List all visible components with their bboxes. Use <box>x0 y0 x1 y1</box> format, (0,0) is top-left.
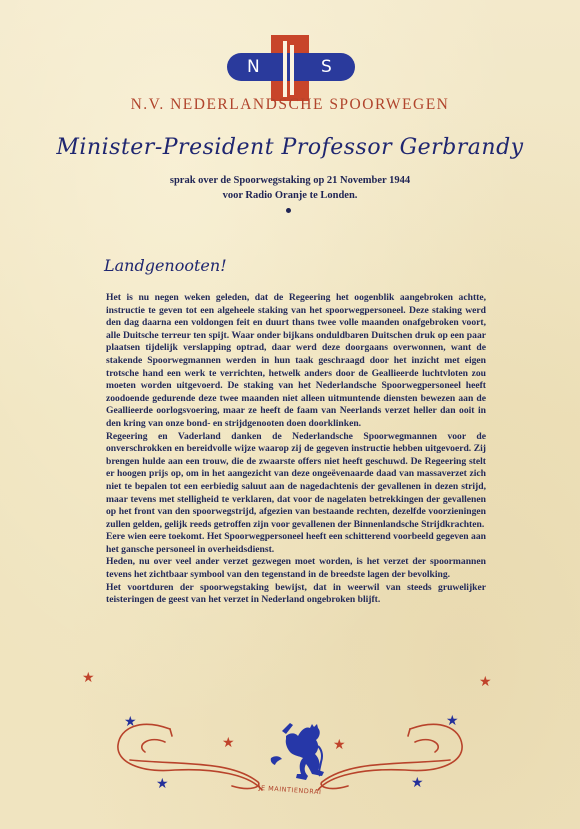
paragraph: Het is nu negen weken geleden, dat de Re… <box>106 292 486 431</box>
bullet-dot <box>286 208 291 213</box>
ns-logo: N S <box>227 35 355 101</box>
speech-body: Het is nu negen weken geleden, dat de Re… <box>106 292 486 607</box>
paragraph: Eere wien eere toekomt. Het Spoorwegpers… <box>106 531 486 556</box>
flourish-ornament <box>0 700 580 829</box>
logo-letter-n: N <box>247 53 260 81</box>
company-name: N.V. NEDERLANDSCHE SPOORWEGEN <box>0 96 580 114</box>
logo-white-bar <box>290 45 294 95</box>
logo-white-bar <box>283 41 287 97</box>
salutation: Landgenooten! <box>104 256 227 275</box>
subtitle-line-2: voor Radio Oranje te Londen. <box>0 190 580 201</box>
star-icon: ★ <box>82 672 95 686</box>
paragraph: Het voortduren der spoorwegstaking bewij… <box>106 582 486 607</box>
star-icon: ★ <box>479 676 492 690</box>
logo-letter-s: S <box>321 53 332 81</box>
page-title: Minister-President Professor Gerbrandy <box>0 135 580 160</box>
lion-icon <box>271 723 324 780</box>
subtitle-line-1: sprak over de Spoorwegstaking op 21 Nove… <box>0 175 580 186</box>
paragraph: Regeering en Vaderland danken de Nederla… <box>106 431 486 532</box>
paragraph: Heden, nu over veel ander verzet gezwege… <box>106 556 486 581</box>
